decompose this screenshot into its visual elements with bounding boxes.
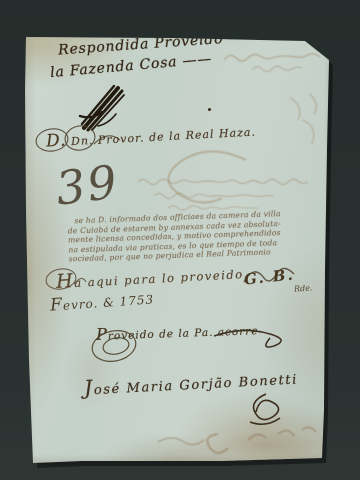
ink-dot [208, 108, 211, 111]
manuscript-sheet: Respondida Proveido — la Fazenda Cosa —— [22, 30, 334, 466]
rubric-initials-flourish [240, 262, 300, 290]
order-tail-flourish [212, 324, 298, 350]
stain-blob [62, 330, 122, 410]
docket-number: 39 [53, 154, 122, 215]
body-paragraph: se ha D. informado dos officiaes da came… [67, 208, 325, 265]
rubric-note: Rde. [294, 283, 313, 293]
show-through-marks-right [284, 90, 330, 160]
show-through-marks-top [222, 46, 332, 76]
stain-blob [210, 430, 320, 460]
manuscript-photo: Respondida Proveido — la Fazenda Cosa —— [0, 0, 360, 480]
